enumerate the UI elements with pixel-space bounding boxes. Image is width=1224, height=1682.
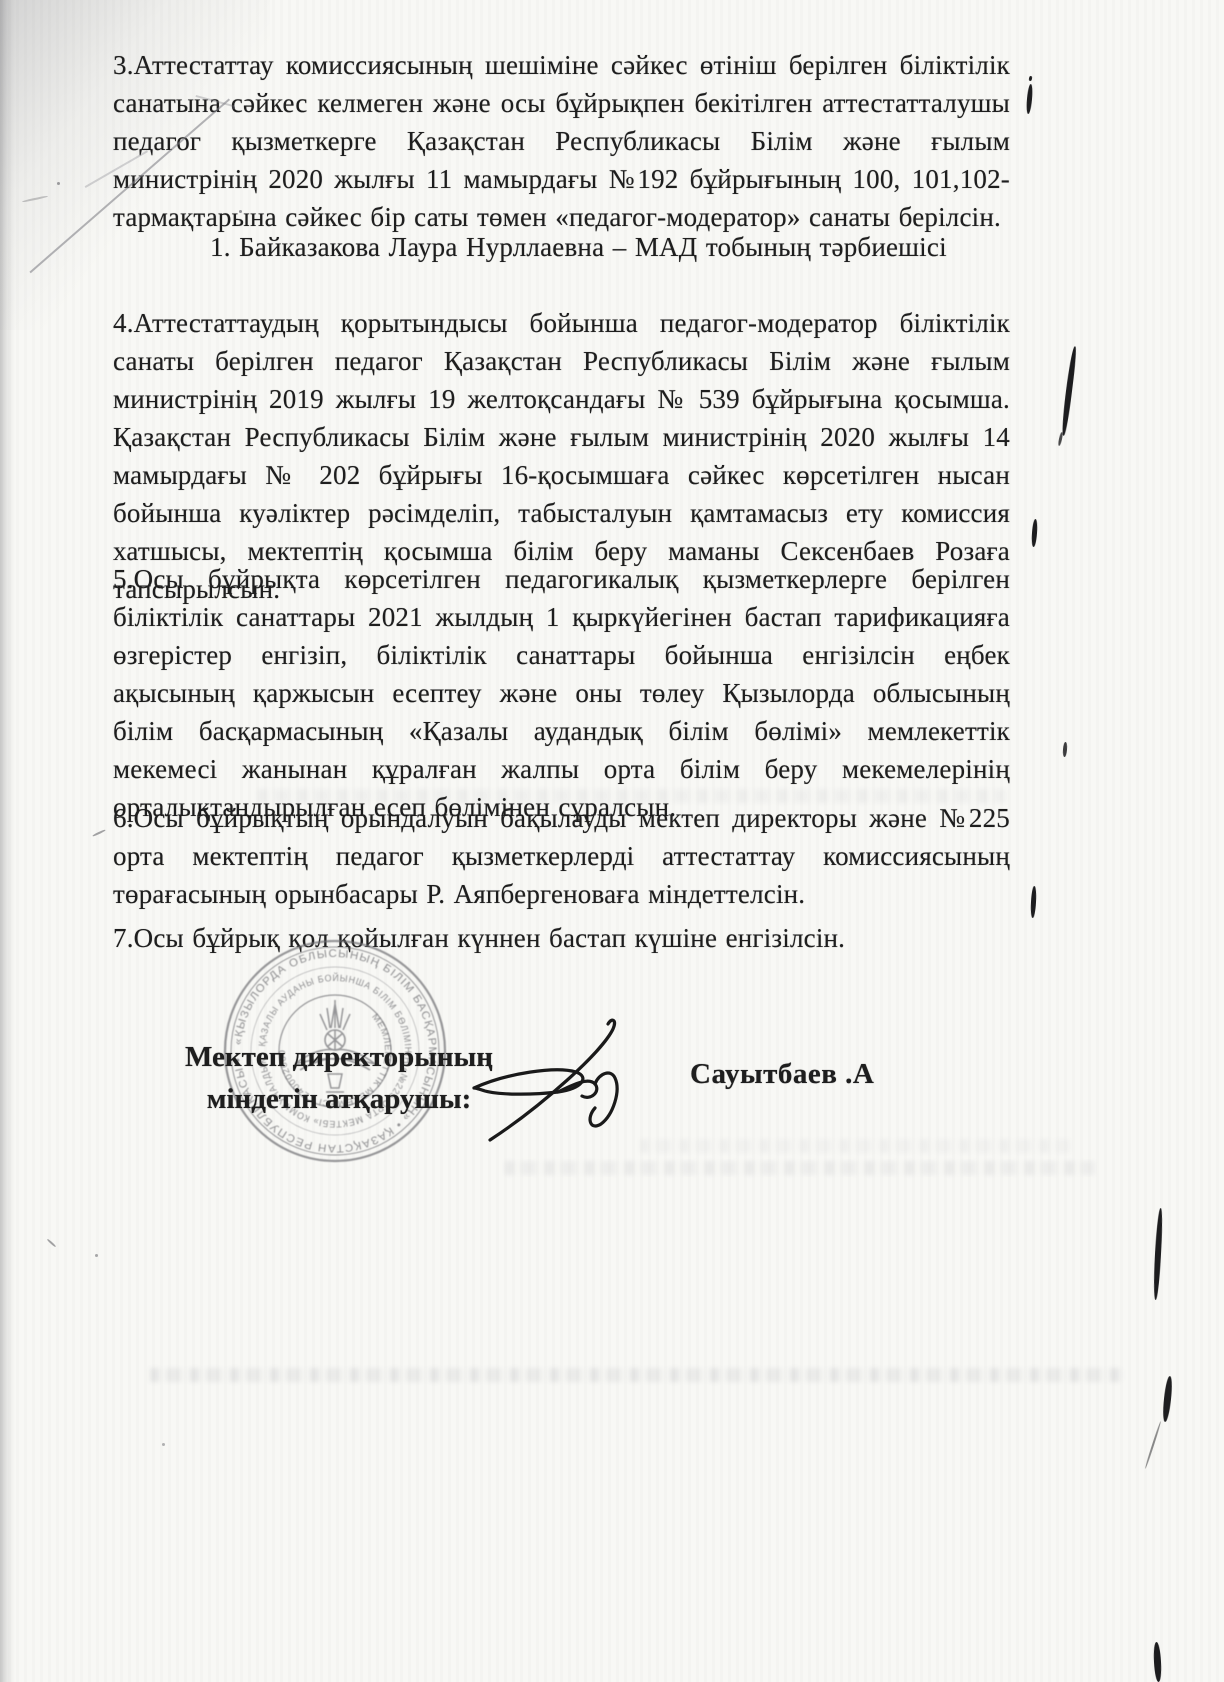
ink-smudge xyxy=(1030,886,1037,918)
signer-role-line1: Мектеп директорының xyxy=(183,1036,495,1078)
handwritten-signature xyxy=(462,1014,647,1149)
ink-smudge xyxy=(1062,742,1067,757)
ink-smudge xyxy=(1029,76,1033,81)
bleedthrough-text-band xyxy=(150,1368,1125,1382)
paragraph-clause-5: 5.Осы бұйрықта көрсетілген педагогикалық… xyxy=(113,560,1010,826)
scanned-document-page: 3.Аттестаттау комиссиясының шешіміне сәй… xyxy=(0,0,1224,1682)
ink-smudge xyxy=(1026,84,1034,114)
bleedthrough-text-band xyxy=(505,1161,1095,1175)
signer-role-title: Мектеп директорының міндетін атқарушы: xyxy=(183,1036,495,1120)
ink-smudge xyxy=(1153,1642,1162,1682)
ink-smudge xyxy=(1061,346,1078,436)
signer-role-line2: міндетін атқарушы: xyxy=(183,1078,495,1120)
ink-smudge xyxy=(1162,1376,1174,1422)
dust-specks xyxy=(232,106,235,109)
ink-smudge xyxy=(1058,432,1064,446)
scan-left-edge-shadow xyxy=(0,0,15,1682)
pencil-dash xyxy=(47,1239,57,1248)
signer-name: Сауытбаев .А xyxy=(690,1058,874,1091)
ink-smudge xyxy=(1144,1421,1161,1469)
list-item-teacher: 1. Байказакова Лаура Нурллаевна – МАД то… xyxy=(113,228,1010,266)
ink-smudge xyxy=(1031,519,1038,547)
ink-smudge xyxy=(1153,1208,1164,1300)
bleedthrough-text-band xyxy=(640,1139,1070,1153)
paragraph-clause-3: 3.Аттестаттау комиссиясының шешіміне сәй… xyxy=(113,46,1010,236)
paragraph-clause-6: 6.Осы бұйрықтың орындалуын бақылауды мек… xyxy=(113,799,1010,913)
pencil-dash xyxy=(92,829,106,837)
